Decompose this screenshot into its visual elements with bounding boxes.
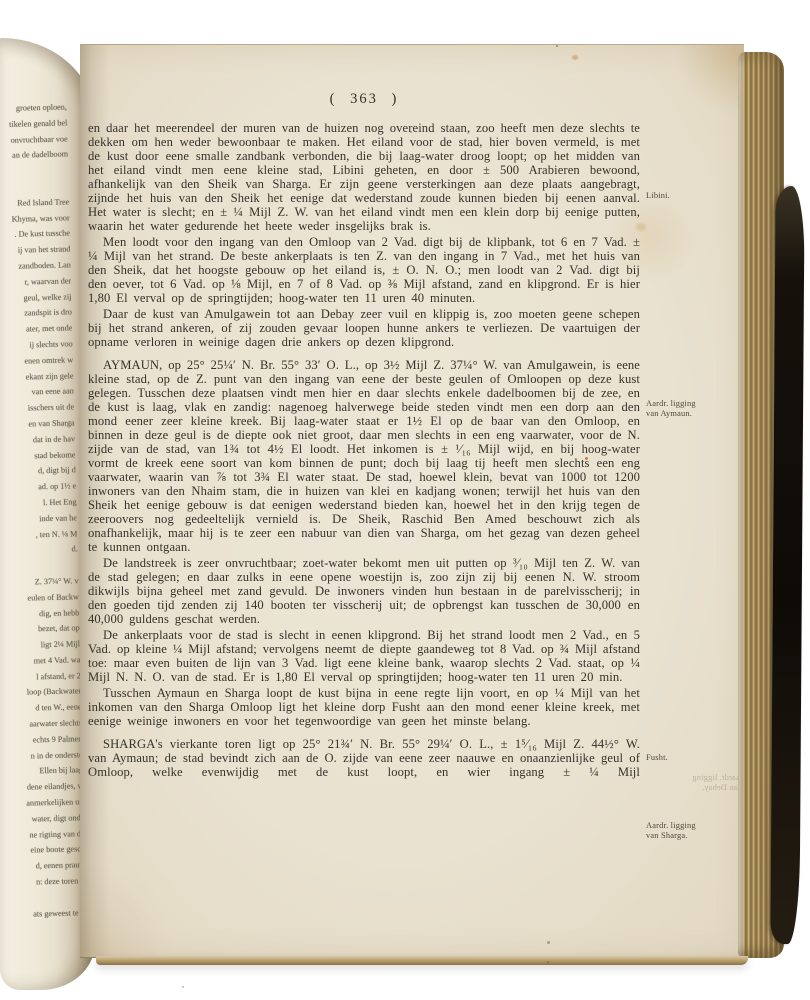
left-page-fragment: ad. op 1½ e (2, 478, 76, 496)
left-page-fragment: bezet, dat op (5, 621, 79, 639)
left-page-fragment: tikelen genald bel (0, 115, 67, 133)
left-page-fragment: dene eilandjes, w (9, 778, 83, 796)
paragraph: Daar de kust van Amulgawein tot aan Deba… (88, 307, 640, 349)
left-page-fragment: stad bekome (1, 447, 75, 465)
left-page-fragment: Ellen bij laag (9, 763, 83, 781)
margin-note: Aardr. liggingvan Sharga. (646, 821, 742, 841)
foxing-spot (572, 55, 578, 60)
left-page-fragment: d, eenen prauw (11, 857, 85, 875)
left-page-fragment: , ten N. ⅛ M (3, 526, 77, 544)
left-page-fragment: d, digt bij d (2, 463, 76, 481)
left-page-fragment: enen omtrek w (0, 352, 73, 370)
paragraph: AYMAUN, op 25° 25¼′ N. Br. 55° 33′ O. L.… (88, 358, 640, 554)
left-page-fragment: Khyma, was voor (0, 210, 70, 228)
left-page-fragment: geul, welke zij (0, 289, 72, 307)
left-page-fragment: van eene aan (0, 384, 74, 402)
book-photo: groeten oploen,tikelen genald belonvruch… (0, 0, 810, 1000)
left-page-fragment (0, 178, 69, 196)
left-page-fragment: ekant zijn gele (0, 368, 74, 386)
left-page-fragment: d. (4, 542, 78, 560)
page-number: ( 363 ) (88, 91, 640, 108)
left-page-fragment: l afstand, er 2 (7, 668, 81, 686)
left-page-fragment: water, digt onde (10, 810, 84, 828)
left-page-fragment (0, 163, 69, 181)
main-page: ( 363 ) en daar het meerendeel der muren… (80, 44, 744, 958)
left-page-fragment: inde van he (3, 510, 77, 528)
paragraph: De landstreek is zeer onvruchtbaar; zoet… (88, 556, 640, 626)
background-speck (182, 986, 184, 988)
left-page-fragment: ater, met onde (0, 321, 73, 339)
paragraph: De ankerplaats voor de stad is slecht in… (88, 628, 640, 684)
left-page-fragment: Red Island Tree (0, 194, 69, 212)
paragraph: SHARGA's vierkante toren ligt op 25° 21¾… (88, 737, 640, 779)
left-page-fragment: met 4 Vad. wa (6, 652, 80, 670)
left-page-fragment: aarwater slechts (8, 715, 82, 733)
text-block: en daar het meerendeel der muren van de … (88, 121, 640, 781)
left-page-fragment: n: deze toren is (12, 873, 86, 891)
bottom-page-edges (96, 956, 748, 965)
left-page-fragment: zandspit is dro (0, 305, 72, 323)
paragraph: Tusschen Aymaun en Sharga loopt de kust … (88, 686, 640, 728)
margin-notes: Libini.Aardr. liggingvan Aymaun.Fusht.Aa… (646, 45, 742, 957)
left-page-fragment: zandboden. Lan (0, 257, 71, 275)
left-page-fragment: d ten W., eene (7, 700, 81, 718)
margin-note-bleedthrough: Aardr. liggingvan Debay. (646, 773, 742, 793)
left-page-fragment: ats geweest te zi (12, 905, 86, 923)
left-page-fragment: dat in de hav (1, 431, 75, 449)
left-page-fragment: l. Het Eng (2, 494, 76, 512)
background-speck (556, 45, 558, 47)
left-page-fragment: en van Sharga (0, 415, 74, 433)
left-page-fragment: groeten oploen, (0, 99, 67, 117)
margin-note: Libini. (646, 191, 742, 201)
left-page-fragment: ne rigting van de (10, 826, 84, 844)
foxing-spot (547, 941, 550, 944)
book-cover-edge (770, 186, 804, 944)
left-page-fragment: Z. 37¼° W. v (4, 573, 78, 591)
left-page-fragment (12, 889, 86, 907)
background-speck (547, 961, 549, 964)
left-page-fragment: . De kust tussche (0, 226, 70, 244)
left-page-fragment: echts 9 Palmen (8, 731, 82, 749)
left-page-fragment (4, 557, 78, 575)
left-page-fragment: an de dadelboom (0, 147, 68, 165)
paragraph: Men loodt voor den ingang van den Omloop… (88, 235, 640, 305)
left-page-fragment: ij slechts voo (0, 336, 73, 354)
left-page-fragment: anmerkelijken uit (10, 794, 84, 812)
left-page-fragment: loop (Backwater (7, 684, 81, 702)
left-page-fragment: dig, en hebb (5, 605, 79, 623)
left-page-fragment: isschers uit de (0, 399, 74, 417)
left-page-fragment: onvruchtbaar voe (0, 131, 68, 149)
left-page-fragment: r, waarvan der (0, 273, 71, 291)
margin-note: Fusht. (646, 753, 742, 763)
margin-note: Aardr. liggingvan Aymaun. (646, 399, 742, 419)
left-page-fragment: eulen of Backw (5, 589, 79, 607)
left-page-fragment: ij van het strand (0, 242, 71, 260)
left-page-fragment: ligt 2¼ Mijl (6, 636, 80, 654)
paragraph: en daar het meerendeel der muren van de … (88, 121, 640, 233)
left-page-fragment: n in de onderste (9, 747, 83, 765)
left-page-fragment: eine boote gesch (11, 842, 85, 860)
